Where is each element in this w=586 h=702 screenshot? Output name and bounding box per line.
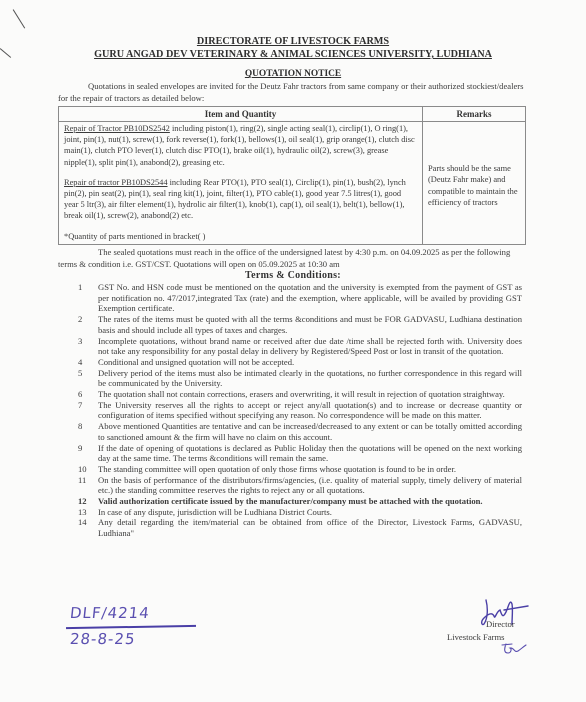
items-cell: Repair of Tractor PB10DS2542 including p… (59, 122, 423, 245)
submission-text: The sealed quotations must reach in the … (58, 247, 510, 269)
term-number: 5 (78, 368, 90, 379)
term-text: Valid authorization certificate issued b… (98, 496, 483, 506)
term-text: Incomplete quotations, without brand nam… (98, 336, 522, 357)
term-text: Any detail regarding the item/material c… (98, 517, 522, 538)
term-number: 7 (78, 400, 90, 411)
term-item: 14Any detail regarding the item/material… (78, 517, 522, 538)
term-item: 9If the date of opening of quotations is… (78, 443, 522, 464)
quantity-note: *Quantity of parts mentioned in bracket(… (64, 231, 417, 244)
term-number: 2 (78, 314, 90, 325)
term-number: 9 (78, 443, 90, 454)
term-number: 1 (78, 282, 90, 293)
initials-icon (498, 641, 528, 657)
term-number: 10 (78, 464, 90, 475)
term-text: On the basis of performance of the distr… (98, 475, 522, 496)
repair-item-title: Repair of tractor PB10DS2544 (64, 178, 168, 187)
term-number: 6 (78, 389, 90, 400)
quotation-notice-document: DIRECTORATE OF LIVESTOCK FARMS GURU ANGA… (0, 0, 586, 702)
column-header-item-quantity: Item and Quantity (59, 107, 423, 122)
intro-text: Quotations in sealed envelopes are invit… (58, 81, 524, 103)
terms-heading: Terms & Conditions: (0, 270, 586, 281)
term-text: In case of any dispute, jurisdiction wil… (98, 507, 332, 517)
handwritten-underline (66, 625, 196, 629)
term-item: 3Incomplete quotations, without brand na… (78, 336, 522, 357)
term-item: 13In case of any dispute, jurisdiction w… (78, 507, 522, 518)
repair-item-title: Repair of Tractor PB10DS2542 (64, 124, 170, 133)
term-item: 12Valid authorization certificate issued… (78, 496, 522, 507)
term-item: 5Delivery period of the items must also … (78, 368, 522, 389)
term-number: 3 (78, 336, 90, 347)
remarks-cell: Parts should be the same (Deutz Fahr mak… (423, 122, 526, 245)
term-text: The standing committee will open quotati… (98, 464, 456, 474)
items-table: Item and Quantity Remarks Repair of Trac… (58, 106, 526, 245)
scan-artifact-mark (12, 9, 25, 28)
terms-list: 1GST No. and HSN code must be mentioned … (78, 282, 522, 539)
intro-paragraph: Quotations in sealed envelopes are invit… (58, 80, 528, 104)
term-item: 10The standing committee will open quota… (78, 464, 522, 475)
term-number: 13 (78, 507, 90, 518)
term-item: 2The rates of the items must be quoted w… (78, 314, 522, 335)
term-text: If the date of opening of quotations is … (98, 443, 522, 464)
handwritten-date: 28-8-25 (69, 630, 136, 648)
handwritten-reference: DLF/4214 (69, 604, 151, 622)
submission-paragraph: The sealed quotations must reach in the … (58, 246, 528, 270)
university-heading: GURU ANGAD DEV VETERINARY & ANIMAL SCIEN… (0, 49, 586, 60)
term-item: 11On the basis of performance of the dis… (78, 475, 522, 496)
term-number: 12 (78, 496, 90, 507)
term-item: 7The University reserves all the rights … (78, 400, 522, 421)
directorate-heading: DIRECTORATE OF LIVESTOCK FARMS (0, 36, 586, 47)
term-text: Conditional and unsigned quotation will … (98, 357, 294, 367)
term-number: 11 (78, 475, 90, 486)
term-number: 8 (78, 421, 90, 432)
signatory-office: Livestock Farms (447, 632, 505, 642)
term-item: 4Conditional and unsigned quotation will… (78, 357, 522, 368)
term-text: The quotation shall not contain correcti… (98, 389, 505, 399)
notice-title: QUOTATION NOTICE (0, 69, 586, 79)
term-text: The rates of the items must be quoted wi… (98, 314, 522, 335)
signatory-title: Director (486, 619, 515, 629)
term-number: 4 (78, 357, 90, 368)
term-text: The University reserves all the rights t… (98, 400, 522, 421)
term-item: 6The quotation shall not contain correct… (78, 389, 522, 400)
term-number: 14 (78, 517, 90, 528)
column-header-remarks: Remarks (423, 107, 526, 122)
term-text: GST No. and HSN code must be mentioned o… (98, 282, 522, 313)
repair-item: Repair of Tractor PB10DS2542 including p… (64, 122, 417, 168)
term-item: 8Above mentioned Quantities are tentativ… (78, 421, 522, 442)
repair-item: Repair of tractor PB10DS2544 including R… (64, 177, 417, 222)
term-item: 1GST No. and HSN code must be mentioned … (78, 282, 522, 314)
term-text: Delivery period of the items must also b… (98, 368, 522, 389)
term-text: Above mentioned Quantities are tentative… (98, 421, 522, 442)
